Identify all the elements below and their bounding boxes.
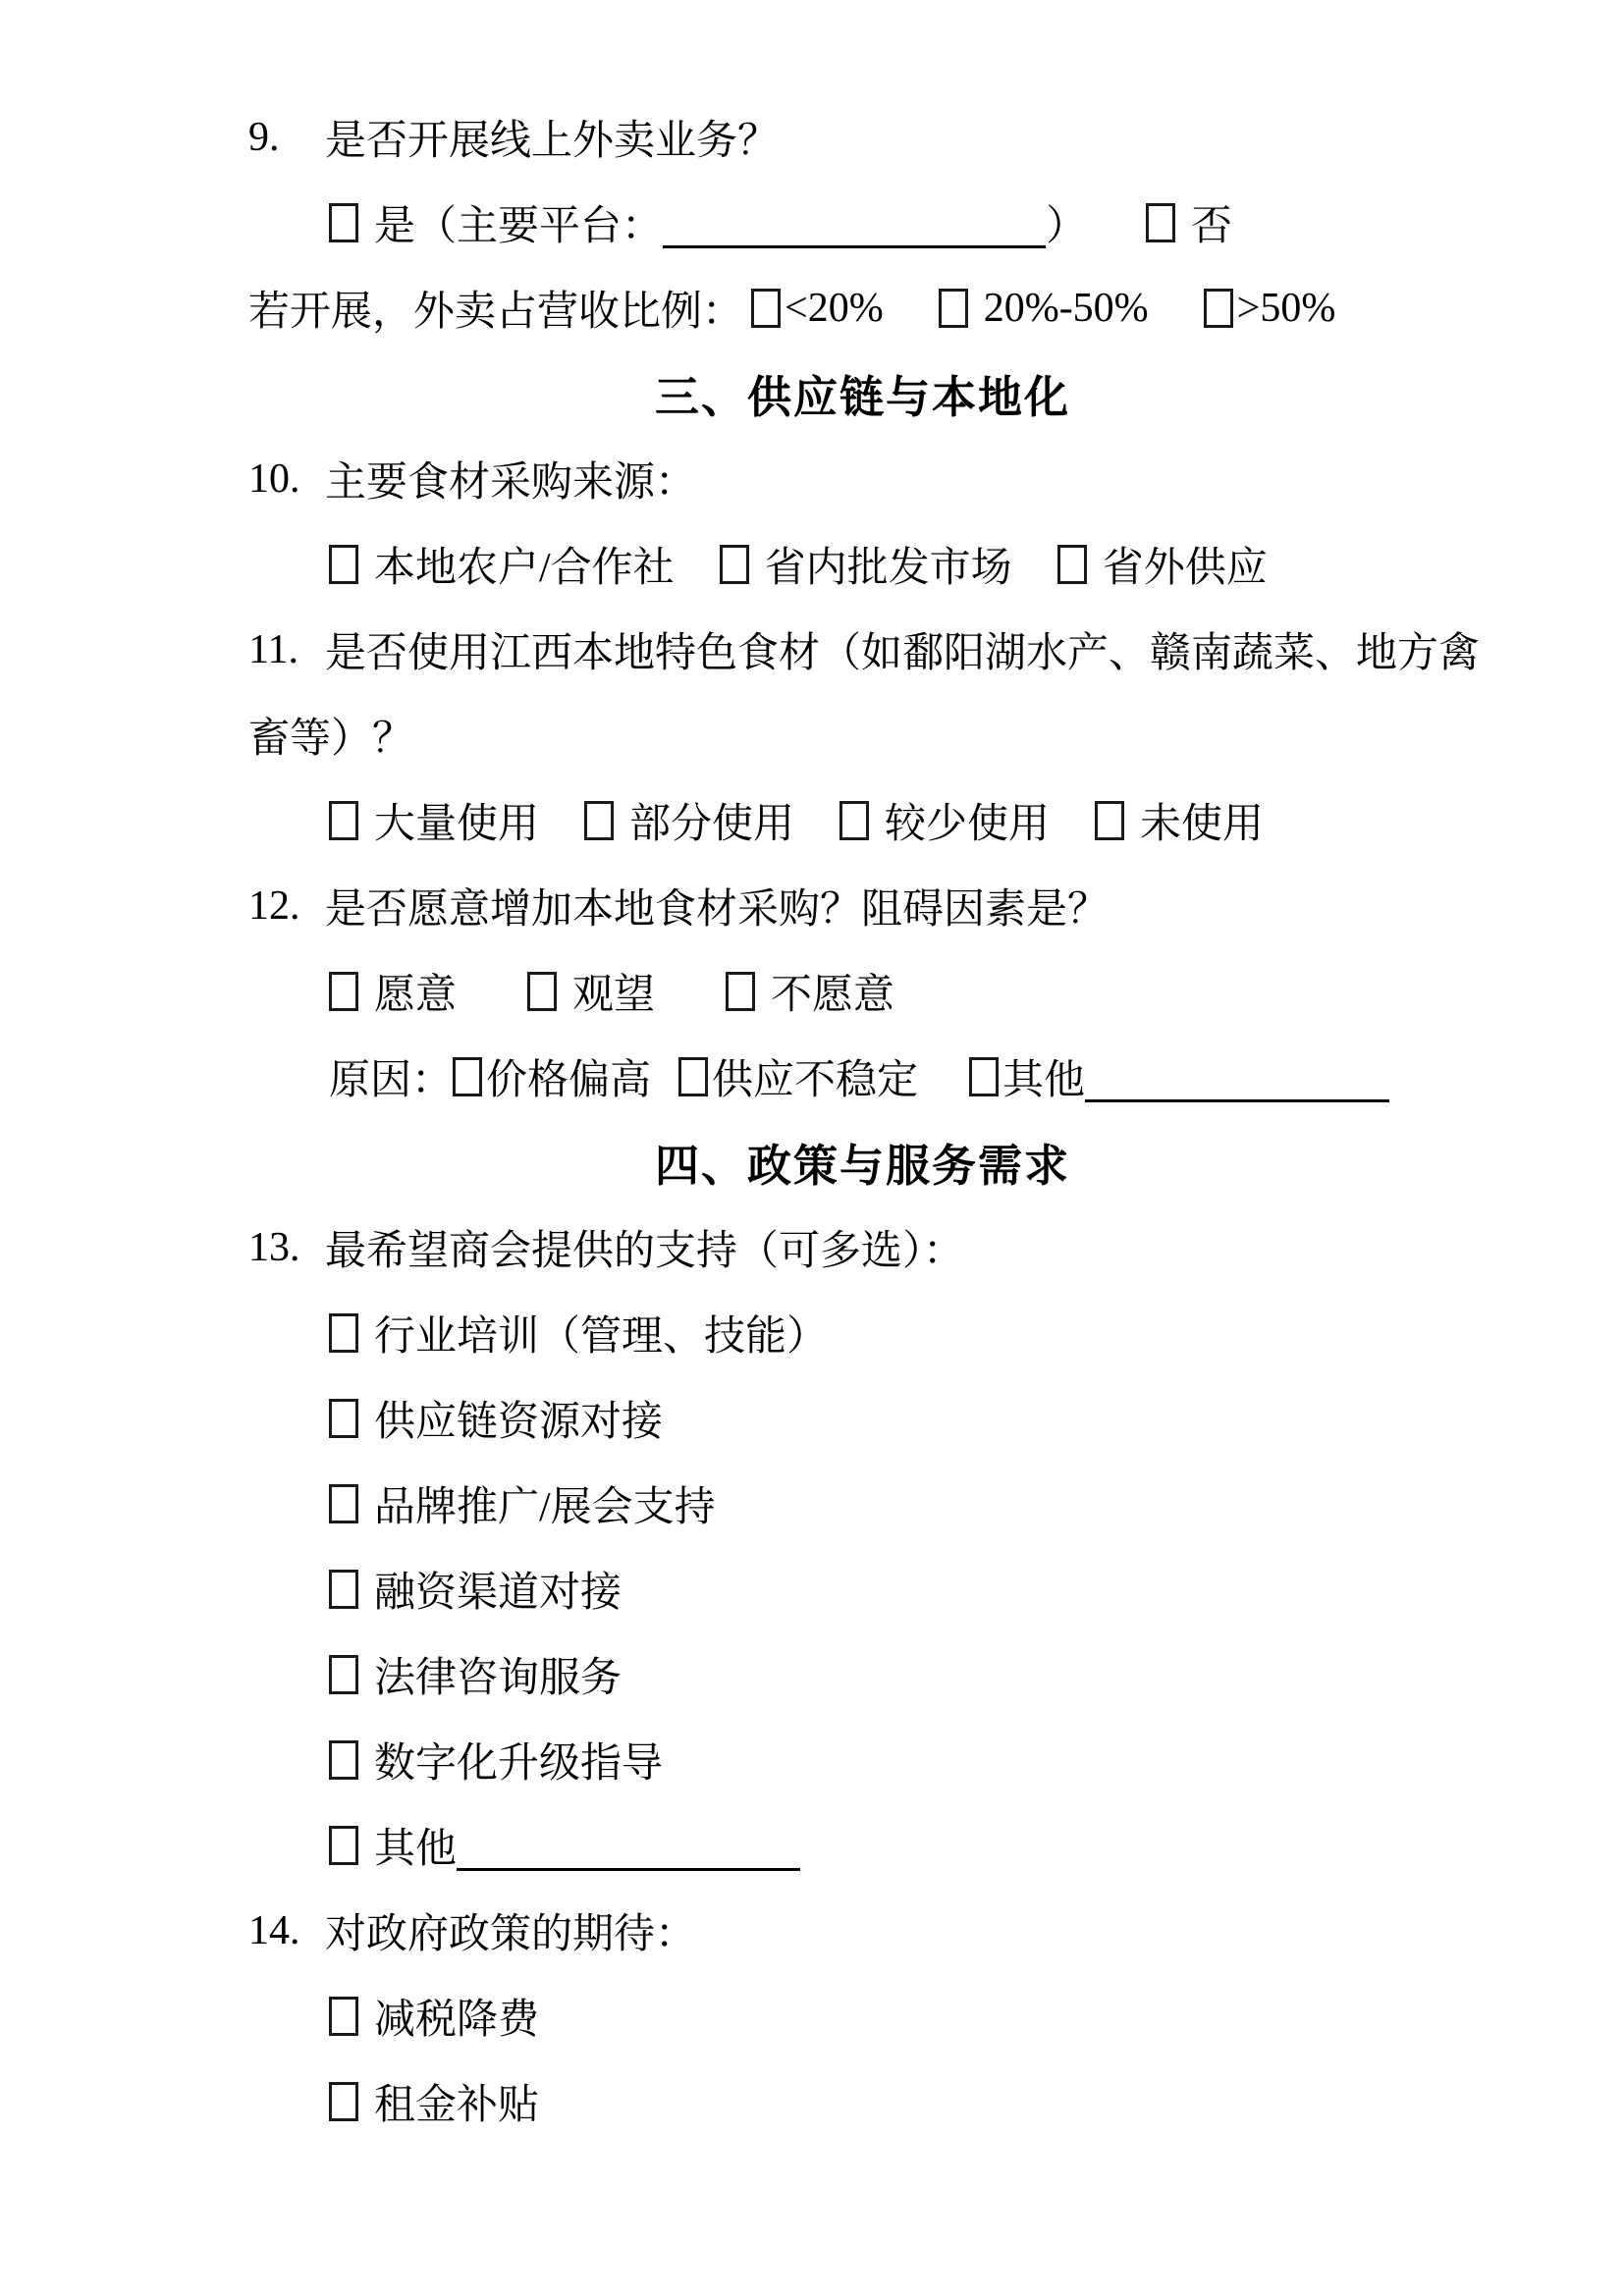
question-14: 14. 对政府政策的期待：	[248, 1888, 1477, 1973]
option: 观望	[527, 962, 655, 1021]
question-13-option: 行业培训（管理、技能）	[248, 1290, 1477, 1375]
question-number: 12.	[248, 882, 325, 930]
option-label: 未使用	[1140, 791, 1264, 850]
reason-option: 其他	[969, 1047, 1085, 1106]
option-label: 数字化升级指导	[374, 1731, 663, 1789]
checkbox[interactable]	[1204, 289, 1233, 328]
option-label: 品牌推广/展会支持	[374, 1474, 716, 1533]
option-label: 不愿意	[771, 962, 894, 1021]
option-label: ）	[1046, 193, 1087, 252]
question-number: 13.	[248, 1224, 325, 1271]
option-label: 行业培训（管理、技能）	[374, 1304, 828, 1362]
ratio-option: 20%-50%	[939, 285, 1149, 332]
fill-in-blank[interactable]	[457, 1835, 800, 1871]
checkbox[interactable]	[329, 801, 358, 840]
option: 不愿意	[726, 962, 894, 1021]
question-11-continued: 畜等）？	[248, 692, 1477, 777]
question-13-option: 融资渠道对接	[248, 1546, 1477, 1631]
option-label: 减税降费	[374, 1987, 539, 2046]
fill-in-blank[interactable]	[663, 212, 1046, 248]
question-number: 10.	[248, 455, 325, 503]
checkbox[interactable]	[329, 1313, 358, 1353]
question-13-option: 品牌推广/展会支持	[248, 1461, 1477, 1546]
checkbox[interactable]	[329, 1570, 358, 1609]
question-text: 主要食材采购来源：	[325, 450, 696, 508]
checkbox[interactable]	[720, 545, 749, 584]
question-number: 9.	[248, 114, 325, 161]
question-13-option: 法律咨询服务	[248, 1631, 1477, 1717]
option-label: 本地农户/合作社	[374, 535, 675, 594]
checkbox[interactable]	[584, 801, 614, 840]
ratio-option: <20%	[751, 285, 884, 332]
reason-option: 供应不稳定	[678, 1047, 918, 1106]
question-10: 10. 主要食材采购来源：	[248, 436, 1477, 521]
checkbox[interactable]	[839, 801, 869, 840]
question-12: 12. 是否愿意增加本地食材采购？阻碍因素是？	[248, 863, 1477, 948]
question-text: 是否开展线上外卖业务？	[325, 108, 779, 167]
option-label: 省外供应	[1103, 535, 1268, 594]
question-9-followup: 若开展，外卖占营收比例： <20% 20%-50% >50%	[248, 265, 1477, 350]
checkbox[interactable]	[1146, 203, 1175, 242]
section-title: 四、政策与服务需求	[655, 1130, 1070, 1194]
option-label: 省内批发市场	[765, 535, 1012, 594]
followup-text: 若开展，外卖占营收比例：	[248, 279, 743, 338]
option-label: 供应不稳定	[712, 1047, 918, 1106]
option-label: 是（主要平台：	[374, 193, 663, 252]
question-text: 对政府政策的期待：	[325, 1901, 696, 1960]
option-label: 大量使用	[374, 791, 539, 850]
document-page: 9. 是否开展线上外卖业务？ 是（主要平台： ） 否 若开展，外卖占营收比例： …	[0, 0, 1624, 2296]
checkbox[interactable]	[678, 1057, 708, 1096]
question-14-option: 租金补贴	[248, 2058, 1477, 2144]
option-label: 较少使用	[885, 791, 1050, 850]
ratio-option: >50%	[1204, 285, 1336, 332]
option-label: 价格偏高	[486, 1047, 651, 1106]
checkbox[interactable]	[969, 1057, 999, 1096]
checkbox[interactable]	[527, 972, 557, 1011]
option-label: 供应链资源对接	[374, 1389, 663, 1448]
fill-in-blank[interactable]	[1085, 1066, 1389, 1102]
checkbox[interactable]	[329, 1826, 358, 1865]
checkbox[interactable]	[329, 1740, 358, 1780]
question-9: 9. 是否开展线上外卖业务？	[248, 94, 1477, 180]
question-13: 13. 最希望商会提供的支持（可多选）：	[248, 1204, 1477, 1290]
option: 愿意	[329, 962, 457, 1021]
option: 省内批发市场	[720, 535, 1012, 594]
checkbox[interactable]	[453, 1057, 482, 1096]
question-10-options: 本地农户/合作社 省内批发市场 省外供应	[248, 521, 1477, 607]
section-title: 三、供应链与本地化	[655, 361, 1070, 425]
option-label: 否	[1191, 193, 1232, 252]
option-label: >50%	[1237, 285, 1336, 332]
option-label: 观望	[572, 962, 655, 1021]
option: 省外供应	[1057, 535, 1268, 594]
question-number: 14.	[248, 1907, 325, 1954]
question-12-options: 愿意 观望 不愿意	[248, 948, 1477, 1034]
checkbox[interactable]	[329, 1484, 358, 1523]
question-number: 11.	[248, 626, 325, 673]
option-label: 融资渠道对接	[374, 1560, 622, 1619]
question-text: 最希望商会提供的支持（可多选）：	[325, 1218, 964, 1277]
option-label: 其他	[374, 1816, 457, 1875]
checkbox[interactable]	[329, 203, 358, 242]
option: 未使用	[1095, 791, 1264, 850]
question-9-options: 是（主要平台： ） 否	[248, 180, 1477, 265]
question-14-option: 减税降费	[248, 1973, 1477, 2058]
reason-option: 价格偏高	[453, 1047, 651, 1106]
question-13-option-other: 其他	[248, 1802, 1477, 1888]
question-13-option: 供应链资源对接	[248, 1375, 1477, 1461]
question-13-option: 数字化升级指导	[248, 1717, 1477, 1802]
option-label: 法律咨询服务	[374, 1645, 622, 1704]
checkbox[interactable]	[329, 1399, 358, 1438]
option-label: 20%-50%	[984, 285, 1149, 332]
checkbox[interactable]	[939, 289, 968, 328]
checkbox[interactable]	[329, 1655, 358, 1694]
option-label: 租金补贴	[374, 2072, 539, 2131]
question-text: 畜等）？	[248, 706, 413, 765]
checkbox[interactable]	[329, 2082, 358, 2121]
page-content: 9. 是否开展线上外卖业务？ 是（主要平台： ） 否 若开展，外卖占营收比例： …	[0, 0, 1624, 2144]
question-11: 11. 是否使用江西本地特色食材（如鄱阳湖水产、赣南蔬菜、地方禽	[248, 607, 1477, 692]
option: 大量使用	[329, 791, 539, 850]
option-label: 其他	[1002, 1047, 1085, 1106]
checkbox[interactable]	[329, 1997, 358, 2036]
checkbox[interactable]	[1095, 801, 1124, 840]
question-11-options: 大量使用 部分使用 较少使用 未使用	[248, 777, 1477, 863]
option-label: 部分使用	[629, 791, 794, 850]
checkbox[interactable]	[726, 972, 755, 1011]
option-label: 愿意	[374, 962, 457, 1021]
checkbox[interactable]	[1057, 545, 1087, 584]
option: 部分使用	[584, 791, 794, 850]
section-heading: 四、政策与服务需求	[248, 1119, 1477, 1204]
question-text: 是否使用江西本地特色食材（如鄱阳湖水产、赣南蔬菜、地方禽	[325, 620, 1480, 679]
question-text: 是否愿意增加本地食材采购？阻碍因素是？	[325, 877, 1109, 935]
section-heading: 三、供应链与本地化	[248, 350, 1477, 436]
checkbox[interactable]	[751, 289, 781, 328]
checkbox[interactable]	[329, 545, 358, 584]
option: 较少使用	[839, 791, 1050, 850]
reason-label: 原因：	[329, 1047, 453, 1106]
option: 本地农户/合作社	[329, 535, 675, 594]
option-label: <20%	[785, 285, 884, 332]
question-12-reason: 原因： 价格偏高 供应不稳定 其他	[248, 1034, 1477, 1119]
checkbox[interactable]	[329, 972, 358, 1011]
